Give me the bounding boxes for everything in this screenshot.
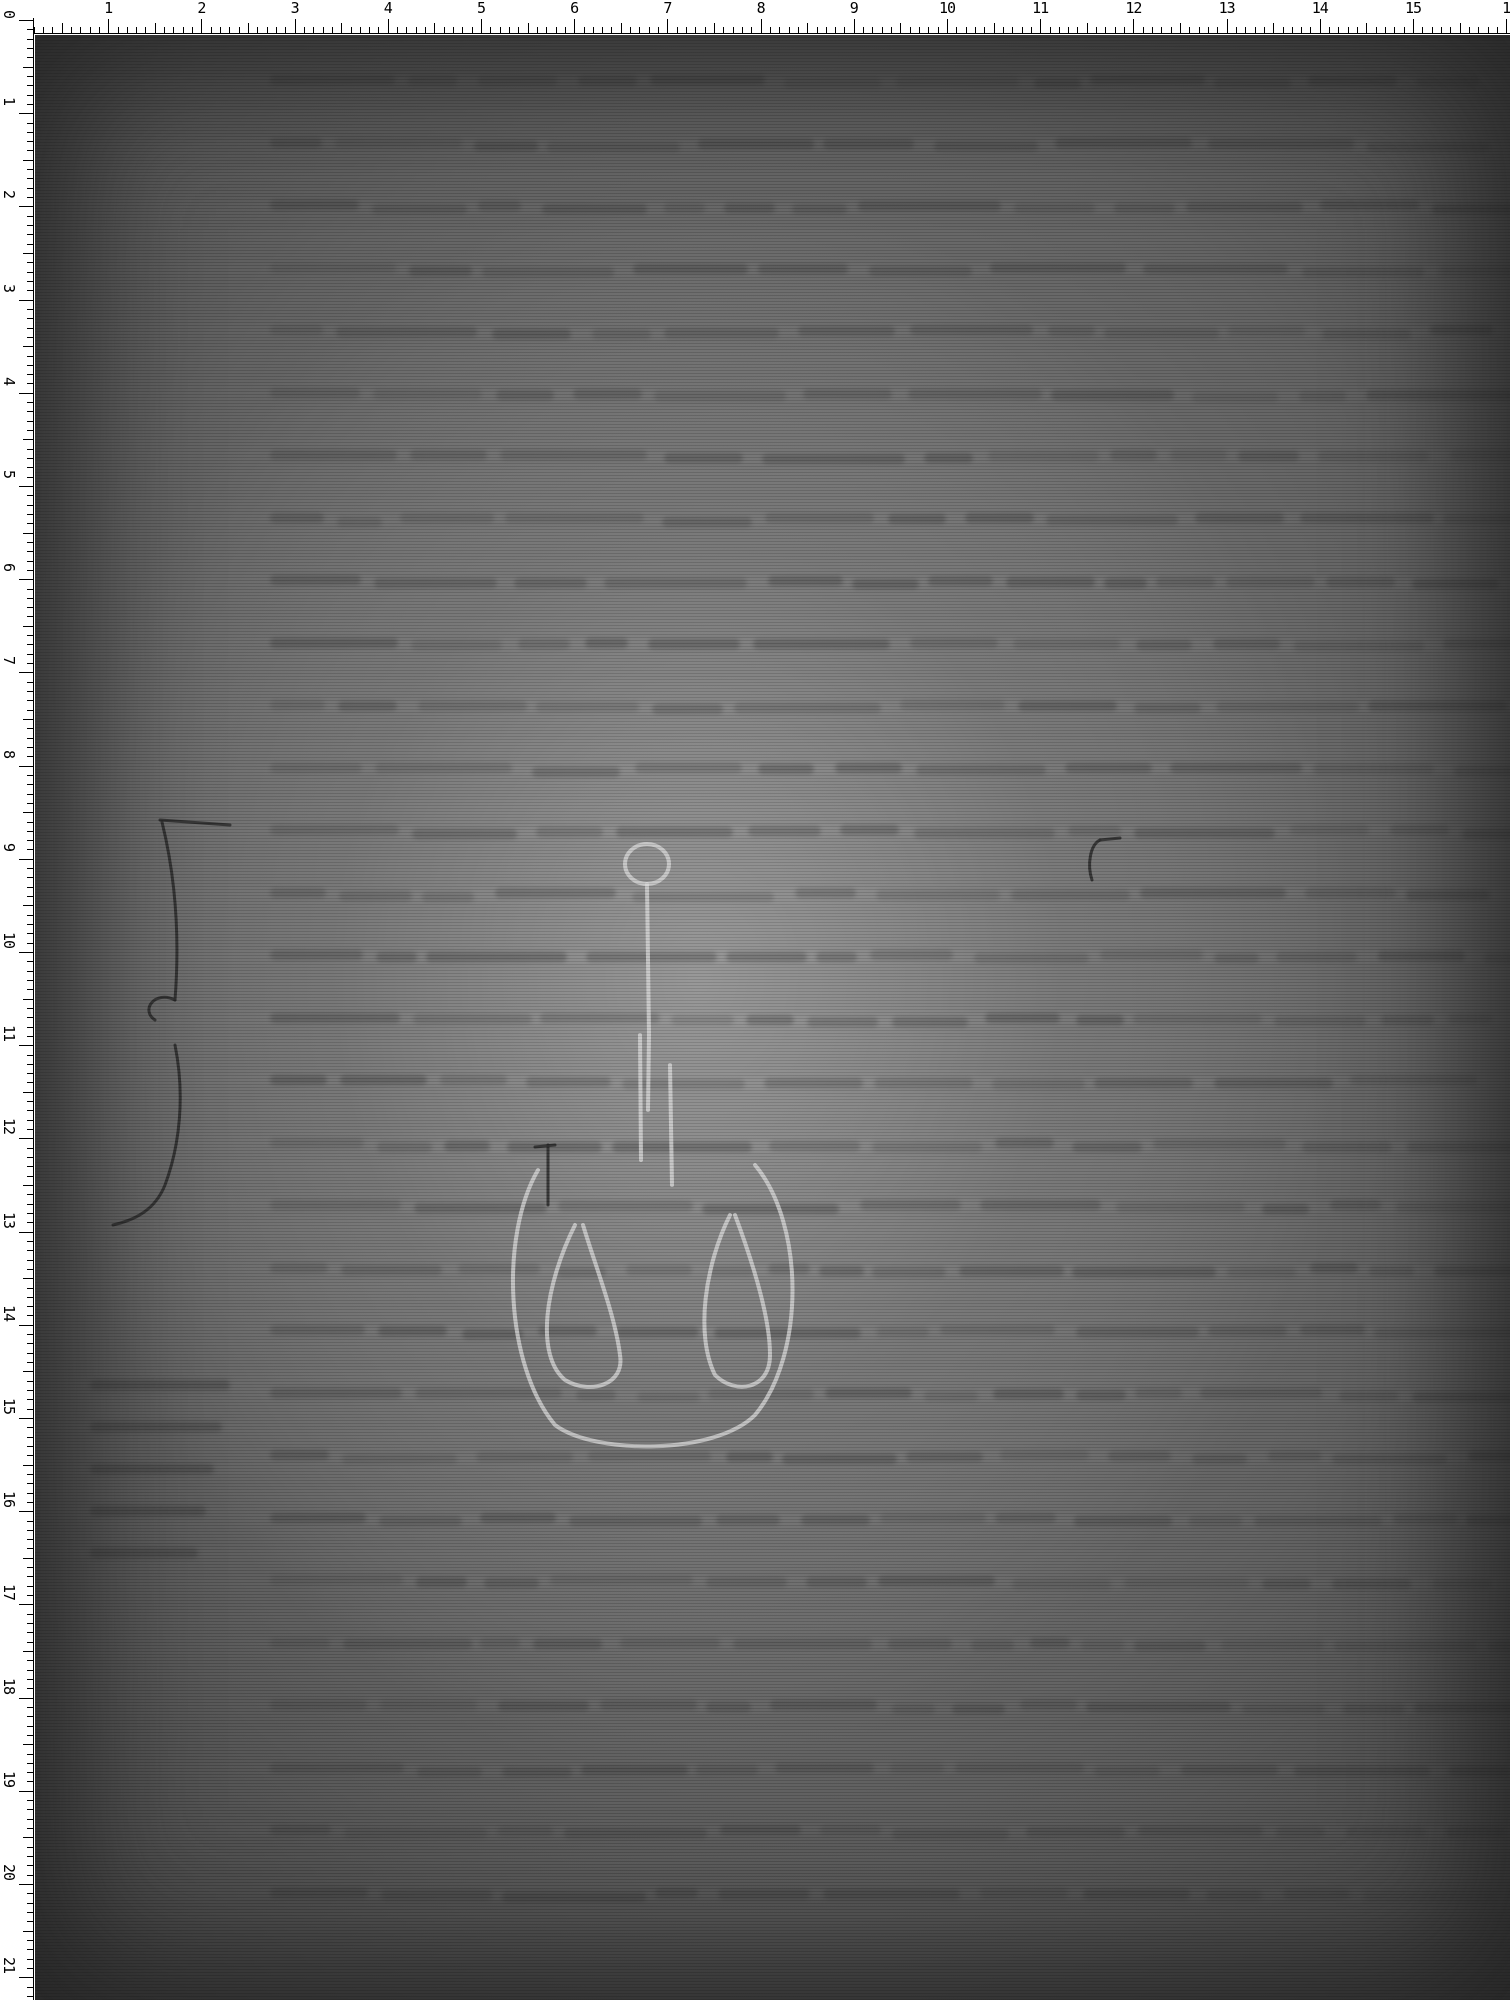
ruler-tick <box>1180 23 1181 33</box>
ruler-left-label: 21 <box>0 1954 18 1976</box>
ruler-tick <box>27 840 33 841</box>
ruler-tick <box>155 23 156 33</box>
ruler-tick <box>27 728 33 729</box>
ruler-tick <box>351 27 352 33</box>
ruler-tick <box>23 1371 33 1372</box>
ruler-tick <box>27 411 33 412</box>
ruler-tick <box>27 831 33 832</box>
ruler-tick <box>27 943 33 944</box>
manuscript-scan <box>35 35 1510 2000</box>
ruler-tick <box>27 607 33 608</box>
ruler-tick <box>27 458 33 459</box>
ruler-tick <box>27 663 33 664</box>
ruler-tick <box>23 533 33 534</box>
ruler-top-label: 4 <box>384 0 392 17</box>
ruler-tick <box>27 85 33 86</box>
ruler-tick <box>27 561 33 562</box>
ruler-left-label: 9 <box>0 836 18 858</box>
ruler-tick <box>1320 19 1321 33</box>
ruler-tick <box>19 859 33 860</box>
ruler-tick <box>1310 27 1311 33</box>
scan-vignette <box>35 35 1510 2000</box>
ruler-tick <box>27 803 33 804</box>
ruler-tick <box>1497 27 1498 33</box>
ruler-left-label: 11 <box>0 1022 18 1044</box>
ruler-tick <box>1301 27 1302 33</box>
ruler-tick <box>27 1660 33 1661</box>
ruler-tick <box>23 439 33 440</box>
ruler-left-label: 15 <box>0 1395 18 1417</box>
ruler-tick <box>19 486 33 487</box>
ruler-tick <box>1329 27 1330 33</box>
ruler-tick <box>1366 23 1367 33</box>
ruler-tick <box>27 95 33 96</box>
ruler-tick <box>27 775 33 776</box>
ruler-tick <box>27 1082 33 1083</box>
ruler-tick <box>807 23 808 33</box>
ruler-tick <box>27 225 33 226</box>
ruler-tick <box>27 477 33 478</box>
ruler-tick <box>27 822 33 823</box>
ruler-tick <box>27 1726 33 1727</box>
ruler-tick <box>19 113 33 114</box>
ruler-tick <box>201 19 202 33</box>
ruler-tick <box>23 719 33 720</box>
ruler-tick <box>27 1297 33 1298</box>
ruler-tick <box>27 849 33 850</box>
ruler-tick <box>19 1977 33 1978</box>
ruler-tick <box>164 27 165 33</box>
ruler-tick <box>947 19 948 33</box>
ruler-tick <box>27 887 33 888</box>
ruler-tick <box>27 691 33 692</box>
ruler-tick <box>1255 27 1256 33</box>
ruler-tick <box>919 27 920 33</box>
ruler-tick <box>27 1260 33 1261</box>
ruler-tick <box>27 1036 33 1037</box>
ruler-tick <box>1012 27 1013 33</box>
ruler-tick <box>23 1931 33 1932</box>
ruler-tick <box>19 579 33 580</box>
ruler-tick <box>1357 27 1358 33</box>
ruler-tick <box>546 27 547 33</box>
ruler-tick <box>19 1325 33 1326</box>
ruler-tick <box>770 27 771 33</box>
ruler-tick <box>27 523 33 524</box>
ruler-tick <box>27 1949 33 1950</box>
ruler-tick <box>360 27 361 33</box>
ruler-tick <box>602 27 603 33</box>
ruler-tick <box>1143 27 1144 33</box>
ruler-tick <box>1441 27 1442 33</box>
ruler-tick <box>27 57 33 58</box>
ruler-tick <box>43 27 44 33</box>
ruler-tick <box>1469 27 1470 33</box>
ruler-left-label: 18 <box>0 1675 18 1697</box>
ruler-tick <box>863 27 864 33</box>
ruler-tick <box>27 1055 33 1056</box>
ruler-tick <box>257 27 258 33</box>
ruler-tick <box>388 19 389 33</box>
ruler-tick <box>27 337 33 338</box>
ruler-tick <box>99 27 100 33</box>
ruler-top-label: 1 <box>1502 0 1510 17</box>
ruler-tick <box>27 318 33 319</box>
ruler-tick <box>425 27 426 33</box>
ruler-tick <box>27 700 33 701</box>
ruler-tick <box>145 27 146 33</box>
ruler-tick <box>27 1548 33 1549</box>
ruler-tick <box>27 48 33 49</box>
ruler-tick <box>378 27 379 33</box>
ruler-tick <box>462 27 463 33</box>
ruler-tick <box>23 346 33 347</box>
ruler-tick <box>27 1176 33 1177</box>
ruler-tick <box>27 1166 33 1167</box>
ruler-tick <box>313 27 314 33</box>
ruler-left-label: 13 <box>0 1209 18 1231</box>
ruler-tick <box>556 27 557 33</box>
ruler-tick <box>27 421 33 422</box>
ruler-tick <box>369 27 370 33</box>
ruler-tick <box>341 23 342 33</box>
ruler-tick <box>27 747 33 748</box>
ruler-tick <box>27 1250 33 1251</box>
ruler-tick <box>27 1987 33 1988</box>
ruler-tick <box>27 738 33 739</box>
ruler-tick <box>1273 23 1274 33</box>
ruler-tick <box>1432 27 1433 33</box>
ruler-tick <box>27 197 33 198</box>
ruler-tick <box>19 1511 33 1512</box>
ruler-tick <box>1478 27 1479 33</box>
ruler-tick <box>27 1754 33 1755</box>
ruler-tick <box>19 1604 33 1605</box>
ruler-tick <box>1450 27 1451 33</box>
ruler-top-baseline <box>15 33 1510 34</box>
ruler-tick <box>27 1530 33 1531</box>
ruler-top-label: 12 <box>1125 0 1141 17</box>
ruler-tick <box>27 150 33 151</box>
ruler-tick <box>406 27 407 33</box>
ruler-tick <box>27 1968 33 1969</box>
ruler-tick <box>27 495 33 496</box>
ruler-tick <box>1422 27 1423 33</box>
ruler-tick <box>27 328 33 329</box>
ruler-tick <box>19 1698 33 1699</box>
ruler-tick <box>23 626 33 627</box>
ruler-tick <box>1385 27 1386 33</box>
ruler-tick <box>23 1837 33 1838</box>
ruler-tick <box>835 27 836 33</box>
ruler-tick <box>23 1558 33 1559</box>
ruler-tick <box>658 27 659 33</box>
ruler-tick <box>27 1502 33 1503</box>
ruler-tick <box>27 1521 33 1522</box>
ruler-tick <box>27 1427 33 1428</box>
ruler-tick <box>27 1493 33 1494</box>
ruler-tick <box>733 27 734 33</box>
ruler-tick <box>23 1465 33 1466</box>
ruler-tick <box>27 915 33 916</box>
ruler-tick <box>1161 27 1162 33</box>
ruler-tick <box>27 1148 33 1149</box>
ruler-left-label: 20 <box>0 1861 18 1883</box>
ruler-tick <box>844 27 845 33</box>
ruler-tick <box>285 27 286 33</box>
ruler-left-label: 17 <box>0 1581 18 1603</box>
ruler-tick <box>574 19 575 33</box>
ruler-tick <box>27 1940 33 1941</box>
ruler-tick <box>27 1642 33 1643</box>
ruler-tick <box>1068 27 1069 33</box>
ruler-tick <box>1133 19 1134 33</box>
ruler-tick <box>19 20 33 21</box>
ruler-tick <box>27 1595 33 1596</box>
ruler-tick <box>27 1288 33 1289</box>
ruler-left-label: 3 <box>0 277 18 299</box>
ruler-tick <box>27 39 33 40</box>
ruler-tick <box>1236 27 1237 33</box>
ruler-tick <box>27 262 33 263</box>
ruler-tick <box>1488 27 1489 33</box>
ruler-top-label: 9 <box>850 0 858 17</box>
ruler-tick <box>27 1390 33 1391</box>
ruler-tick <box>966 27 967 33</box>
ruler-tick <box>267 27 268 33</box>
ruler-tick <box>27 1194 33 1195</box>
ruler-tick <box>27 514 33 515</box>
ruler-tick <box>1003 27 1004 33</box>
ruler-tick <box>27 1157 33 1158</box>
ruler-tick <box>798 27 799 33</box>
ruler-tick <box>27 1073 33 1074</box>
ruler-tick <box>742 27 743 33</box>
ruler-tick <box>1227 19 1228 33</box>
ruler-tick <box>220 27 221 33</box>
ruler-tick <box>649 27 650 33</box>
ruler-tick <box>27 1446 33 1447</box>
ruler-tick <box>27 1828 33 1829</box>
ruler-top-label: 11 <box>1032 0 1048 17</box>
ruler-tick <box>714 23 715 33</box>
ruler-tick <box>27 542 33 543</box>
ruler-tick <box>1245 27 1246 33</box>
ruler-tick <box>1115 27 1116 33</box>
ruler-tick <box>27 1241 33 1242</box>
ruler-tick <box>80 27 81 33</box>
ruler-tick <box>27 1204 33 1205</box>
ruler-tick <box>826 27 827 33</box>
ruler-tick <box>19 1232 33 1233</box>
ruler-tick <box>537 27 538 33</box>
ruler-left-label: 2 <box>0 183 18 205</box>
ruler-tick <box>27 505 33 506</box>
ruler-tick <box>27 971 33 972</box>
ruler-tick <box>900 23 901 33</box>
ruler-tick <box>518 27 519 33</box>
ruler-tick <box>27 794 33 795</box>
ruler-top-label: 5 <box>477 0 485 17</box>
ruler-tick <box>27 644 33 645</box>
ruler-tick <box>453 27 454 33</box>
ruler-tick <box>761 19 762 33</box>
ruler-tick <box>19 952 33 953</box>
ruler-tick <box>183 27 184 33</box>
ruler-tick <box>23 1092 33 1093</box>
ruler-tick <box>27 356 33 357</box>
ruler-tick <box>248 23 249 33</box>
ruler-tick <box>27 1455 33 1456</box>
ruler-tick <box>19 672 33 673</box>
ruler-tick <box>118 27 119 33</box>
ruler-tick <box>27 1632 33 1633</box>
ruler-tick <box>27 1921 33 1922</box>
ruler-tick <box>27 1362 33 1363</box>
ruler-tick <box>789 27 790 33</box>
ruler-tick <box>27 896 33 897</box>
ruler-tick <box>27 1567 33 1568</box>
ruler-tick <box>332 27 333 33</box>
ruler-tick <box>27 281 33 282</box>
ruler-tick <box>19 766 33 767</box>
ruler-tick <box>27 710 33 711</box>
ruler-left-label: 0 <box>0 3 18 25</box>
ruler-tick <box>27 1008 33 1009</box>
ruler-tick <box>19 1418 33 1419</box>
ruler-tick <box>27 868 33 869</box>
ruler-tick <box>23 1651 33 1652</box>
ruler-tick <box>27 589 33 590</box>
ruler-tick <box>891 27 892 33</box>
ruler-tick <box>1217 27 1218 33</box>
ruler-tick <box>295 19 296 33</box>
ruler-tick <box>1404 27 1405 33</box>
ruler-tick <box>27 169 33 170</box>
ruler-left-label: 12 <box>0 1115 18 1137</box>
ruler-tick <box>239 27 240 33</box>
ruler-tick <box>705 27 706 33</box>
ruler-tick <box>1077 27 1078 33</box>
ruler-tick <box>27 141 33 142</box>
ruler-tick <box>304 27 305 33</box>
ruler-tick <box>27 682 33 683</box>
ruler-tick <box>27 1343 33 1344</box>
ruler-tick <box>27 1781 33 1782</box>
ruler-tick <box>27 272 33 273</box>
ruler-tick <box>994 23 995 33</box>
ruler-tick <box>1208 27 1209 33</box>
ruler-tick <box>27 1437 33 1438</box>
ruler-tick <box>817 27 818 33</box>
ruler-tick <box>27 961 33 962</box>
ruler-tick <box>127 27 128 33</box>
ruler-tick <box>27 1707 33 1708</box>
ruler-top-label: 13 <box>1219 0 1235 17</box>
ruler-left-label: 7 <box>0 649 18 671</box>
ruler-tick <box>1376 27 1377 33</box>
ruler-tick <box>27 1716 33 1717</box>
ruler-tick <box>1460 23 1461 33</box>
ruler-tick <box>27 1120 33 1121</box>
ruler-tick <box>27 1614 33 1615</box>
ruler-tick <box>27 989 33 990</box>
ruler-tick <box>173 27 174 33</box>
ruler-tick <box>108 19 109 33</box>
ruler-left-label: 8 <box>0 743 18 765</box>
ruler-tick <box>723 27 724 33</box>
ruler-tick <box>23 999 33 1000</box>
ruler-tick <box>27 1381 33 1382</box>
ruler-tick <box>27 1064 33 1065</box>
ruler-tick <box>975 27 976 33</box>
ruler-tick <box>27 309 33 310</box>
ruler-tick <box>27 1110 33 1111</box>
ruler-tick <box>276 27 277 33</box>
ruler-left-baseline <box>33 18 34 2000</box>
ruler-tick <box>27 1670 33 1671</box>
ruler-tick <box>27 980 33 981</box>
ruler-tick <box>27 1129 33 1130</box>
ruler-tick <box>621 23 622 33</box>
ruler-tick <box>27 29 33 30</box>
ruler-tick <box>27 1315 33 1316</box>
ruler-tick <box>19 393 33 394</box>
ruler-tick <box>27 1269 33 1270</box>
ruler-top-label: 2 <box>197 0 205 17</box>
ruler-left-label: 14 <box>0 1302 18 1324</box>
ruler-tick <box>27 1847 33 1848</box>
ruler-tick <box>52 27 53 33</box>
ruler-tick <box>1348 27 1349 33</box>
ruler-tick <box>27 430 33 431</box>
ruler-top-label: 3 <box>291 0 299 17</box>
ruler-tick <box>1338 27 1339 33</box>
ruler-tick <box>323 27 324 33</box>
ruler-tick <box>1124 27 1125 33</box>
ruler-tick <box>27 877 33 878</box>
ruler-tick <box>1199 27 1200 33</box>
ruler-tick <box>27 570 33 571</box>
ruler-tick <box>27 1875 33 1876</box>
ruler-tick <box>611 27 612 33</box>
ruler-tick <box>27 216 33 217</box>
ruler-tick <box>565 27 566 33</box>
ruler-top-label: 10 <box>939 0 955 17</box>
ruler-tick <box>27 1353 33 1354</box>
ruler-tick <box>27 1893 33 1894</box>
ruler-tick <box>1394 27 1395 33</box>
ruler-tick <box>677 27 678 33</box>
ruler-tick <box>1171 27 1172 33</box>
ruler-tick <box>27 1772 33 1773</box>
ruler-tick <box>27 244 33 245</box>
ruler-tick <box>27 1474 33 1475</box>
ruler-tick <box>872 27 873 33</box>
ruler-top-label: 8 <box>757 0 765 17</box>
ruler-tick <box>27 1800 33 1801</box>
ruler-tick <box>27 123 33 124</box>
ruler-left-label: 6 <box>0 556 18 578</box>
ruler-tick <box>27 756 33 757</box>
ruler-tick <box>19 1045 33 1046</box>
ruler-tick <box>434 23 435 33</box>
ruler-tick <box>481 19 482 33</box>
ruler-tick <box>27 365 33 366</box>
ruler-tick <box>27 1222 33 1223</box>
ruler-tick <box>27 104 33 105</box>
ruler-tick <box>27 1996 33 1997</box>
